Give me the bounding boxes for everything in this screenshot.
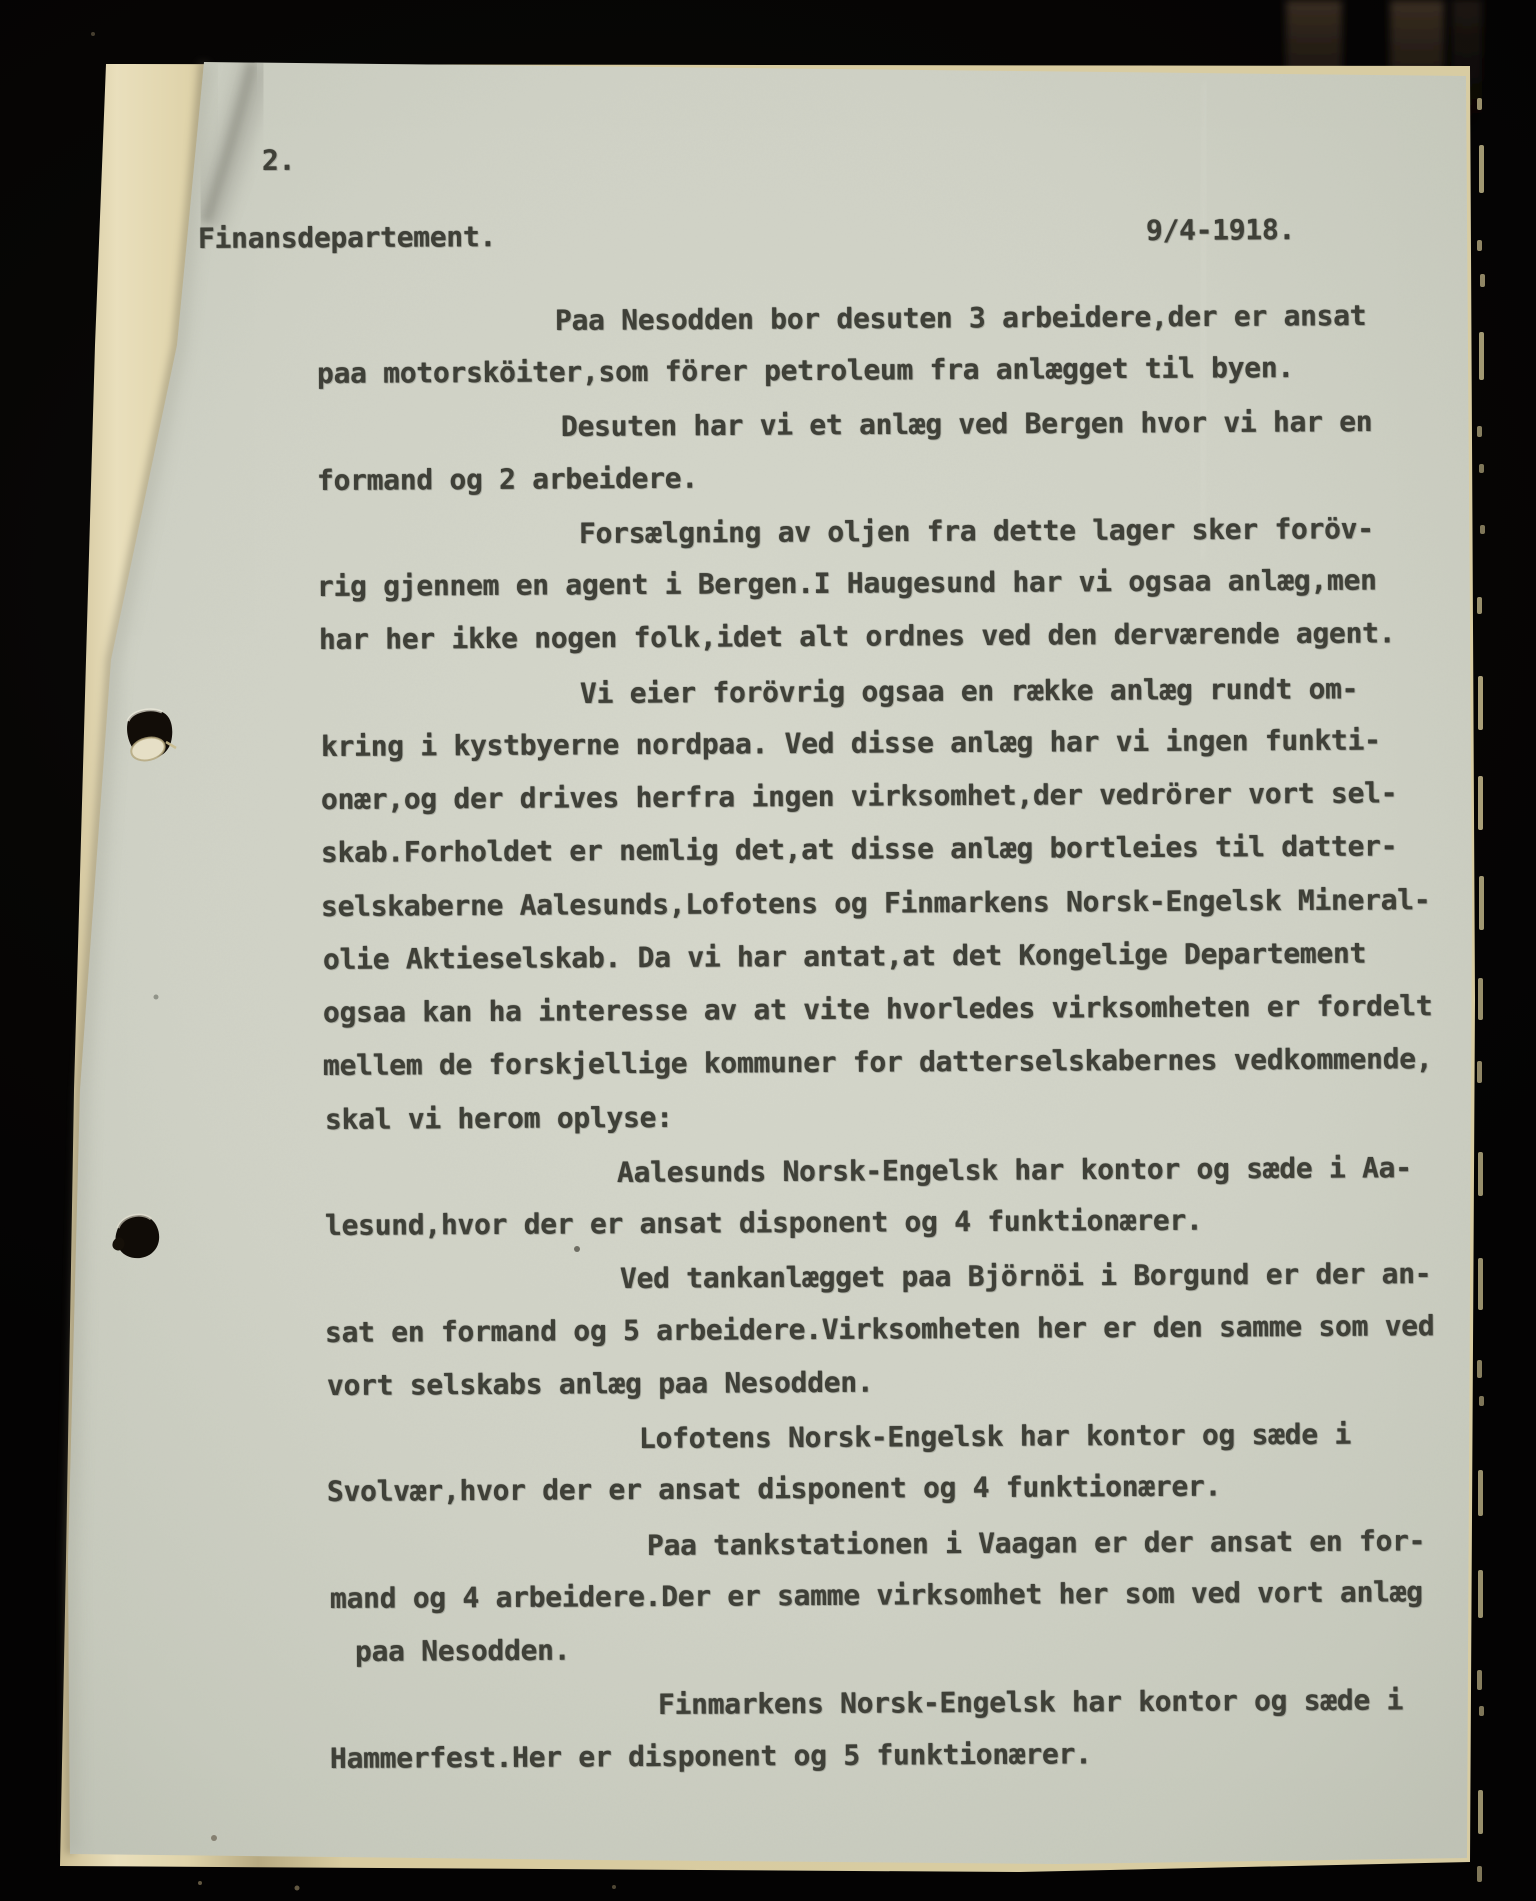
scan-artwork: [0, 0, 1536, 1901]
ink-fleck: [574, 1246, 580, 1252]
paper-grain: [0, 0, 1536, 1901]
ink-fleck: [154, 995, 159, 1000]
paper-stain: [211, 1835, 217, 1841]
scanned-document-page: 2. Finansdepartement. 9/4-1918. Paa Neso…: [0, 0, 1536, 1901]
binding-stitches: [1477, 98, 1485, 1882]
